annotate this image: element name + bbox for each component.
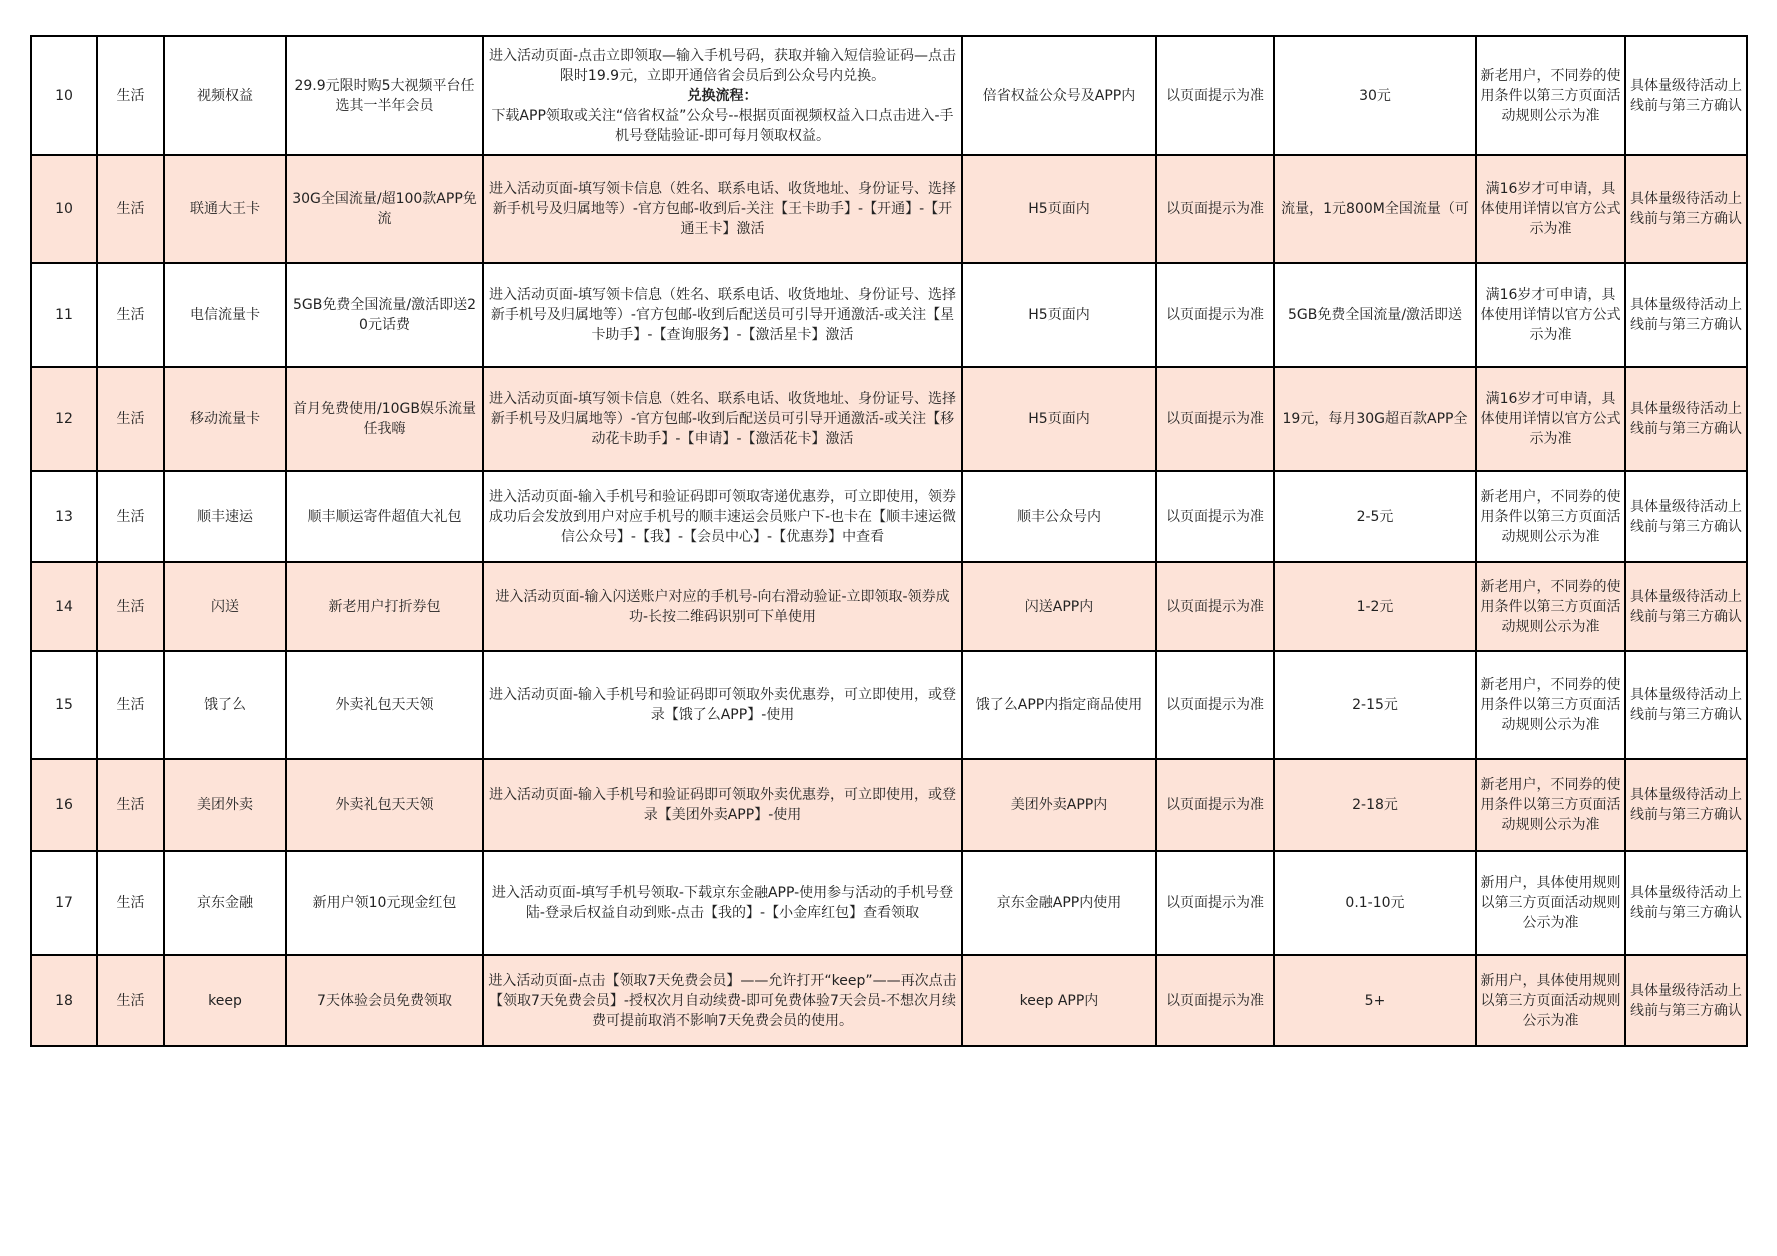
cell-row-number: 11 [31,263,97,367]
cell-value: 2-5元 [1274,471,1476,562]
cell-row-number: 16 [31,759,97,851]
cell-rule: 满16岁才可申请，具体使用详情以官方公式示为准 [1476,367,1625,471]
cell-brand: 联通大王卡 [164,155,286,263]
cell-value: 流量，1元800M全国流量（可 [1274,155,1476,263]
cell-usage-scope: 闪送APP内 [962,562,1156,651]
cell-usage-scope: 美团外卖APP内 [962,759,1156,851]
cell-volume: 具体量级待活动上线前与第三方确认 [1625,471,1747,562]
cell-process: 进入活动页面-输入手机号和验证码即可领取寄递优惠券，可立即使用，领券成功后会发放… [483,471,962,562]
cell-row-number: 17 [31,851,97,955]
cell-validity: 以页面提示为准 [1156,471,1274,562]
cell-validity: 以页面提示为准 [1156,263,1274,367]
table-row: 12生活移动流量卡首月免费使用/10GB娱乐流量任我嗨进入活动页面-填写领卡信息… [31,367,1747,471]
cell-benefit: 29.9元限时购5大视频平台任选其一半年会员 [286,36,483,155]
cell-validity: 以页面提示为准 [1156,36,1274,155]
cell-volume: 具体量级待活动上线前与第三方确认 [1625,955,1747,1046]
cell-rule: 新老用户，不同券的使用条件以第三方页面活动规则公示为准 [1476,36,1625,155]
cell-usage-scope: H5页面内 [962,263,1156,367]
table-row: 10生活视频权益29.9元限时购5大视频平台任选其一半年会员进入活动页面-点击立… [31,36,1747,155]
cell-benefit: 首月免费使用/10GB娱乐流量任我嗨 [286,367,483,471]
table-body: 10生活视频权益29.9元限时购5大视频平台任选其一半年会员进入活动页面-点击立… [31,36,1747,1046]
cell-volume: 具体量级待活动上线前与第三方确认 [1625,367,1747,471]
cell-brand: 饿了么 [164,651,286,759]
cell-row-number: 18 [31,955,97,1046]
cell-brand: 视频权益 [164,36,286,155]
cell-value: 19元，每月30G超百款APP全 [1274,367,1476,471]
cell-brand: 电信流量卡 [164,263,286,367]
table-row: 15生活饿了么外卖礼包天天领进入活动页面-输入手机号和验证码即可领取外卖优惠券，… [31,651,1747,759]
benefits-table: 10生活视频权益29.9元限时购5大视频平台任选其一半年会员进入活动页面-点击立… [30,35,1748,1047]
cell-process: 进入活动页面-填写领卡信息（姓名、联系电话、收货地址、身份证号、选择新手机号及归… [483,155,962,263]
cell-validity: 以页面提示为准 [1156,155,1274,263]
cell-usage-scope: H5页面内 [962,367,1156,471]
cell-brand: 闪送 [164,562,286,651]
cell-validity: 以页面提示为准 [1156,651,1274,759]
cell-row-number: 10 [31,36,97,155]
cell-usage-scope: 顺丰公众号内 [962,471,1156,562]
cell-category: 生活 [97,36,164,155]
cell-row-number: 14 [31,562,97,651]
cell-benefit: 30G全国流量/超100款APP免流 [286,155,483,263]
cell-value: 2-15元 [1274,651,1476,759]
cell-benefit: 7天体验会员免费领取 [286,955,483,1046]
cell-value: 0.1-10元 [1274,851,1476,955]
cell-usage-scope: 饿了么APP内指定商品使用 [962,651,1156,759]
cell-volume: 具体量级待活动上线前与第三方确认 [1625,651,1747,759]
table-row: 14生活闪送新老用户打折券包进入活动页面-输入闪送账户对应的手机号-向右滑动验证… [31,562,1747,651]
process-text: 进入活动页面-点击立即领取—输入手机号码，获取并输入短信验证码—点击限时19.9… [489,48,956,84]
cell-rule: 新用户，具体使用规则以第三方页面活动规则公示为准 [1476,955,1625,1046]
cell-process: 进入活动页面-填写领卡信息（姓名、联系电话、收货地址、身份证号、选择新手机号及归… [483,367,962,471]
cell-process: 进入活动页面-点击立即领取—输入手机号码，获取并输入短信验证码—点击限时19.9… [483,36,962,155]
table-row: 11生活电信流量卡5GB免费全国流量/激活即送20元话费进入活动页面-填写领卡信… [31,263,1747,367]
cell-process: 进入活动页面-填写手机号领取-下载京东金融APP-使用参与活动的手机号登陆-登录… [483,851,962,955]
cell-volume: 具体量级待活动上线前与第三方确认 [1625,36,1747,155]
cell-benefit: 外卖礼包天天领 [286,759,483,851]
cell-volume: 具体量级待活动上线前与第三方确认 [1625,759,1747,851]
cell-rule: 新老用户，不同券的使用条件以第三方页面活动规则公示为准 [1476,651,1625,759]
cell-rule: 新老用户，不同券的使用条件以第三方页面活动规则公示为准 [1476,759,1625,851]
cell-validity: 以页面提示为准 [1156,759,1274,851]
cell-process: 进入活动页面-输入手机号和验证码即可领取外卖优惠券，可立即使用，或登录【饿了么A… [483,651,962,759]
cell-category: 生活 [97,955,164,1046]
cell-brand: keep [164,955,286,1046]
cell-usage-scope: 倍省权益公众号及APP内 [962,36,1156,155]
cell-row-number: 15 [31,651,97,759]
cell-usage-scope: H5页面内 [962,155,1156,263]
cell-benefit: 新用户领10元现金红包 [286,851,483,955]
table-row: 10生活联通大王卡30G全国流量/超100款APP免流进入活动页面-填写领卡信息… [31,155,1747,263]
table-row: 13生活顺丰速运顺丰顺运寄件超值大礼包进入活动页面-输入手机号和验证码即可领取寄… [31,471,1747,562]
cell-category: 生活 [97,851,164,955]
cell-volume: 具体量级待活动上线前与第三方确认 [1625,155,1747,263]
cell-volume: 具体量级待活动上线前与第三方确认 [1625,562,1747,651]
cell-validity: 以页面提示为准 [1156,851,1274,955]
cell-rule: 新用户，具体使用规则以第三方页面活动规则公示为准 [1476,851,1625,955]
cell-value: 30元 [1274,36,1476,155]
cell-value: 2-18元 [1274,759,1476,851]
cell-process: 进入活动页面-点击【领取7天免费会员】——允许打开“keep”——再次点击【领取… [483,955,962,1046]
process-heading: 兑换流程： [487,86,958,106]
cell-category: 生活 [97,562,164,651]
cell-value: 5GB免费全国流量/激活即送 [1274,263,1476,367]
cell-brand: 移动流量卡 [164,367,286,471]
cell-value: 5+ [1274,955,1476,1046]
table-row: 16生活美团外卖外卖礼包天天领进入活动页面-输入手机号和验证码即可领取外卖优惠券… [31,759,1747,851]
cell-rule: 新老用户，不同券的使用条件以第三方页面活动规则公示为准 [1476,562,1625,651]
cell-category: 生活 [97,651,164,759]
cell-brand: 顺丰速运 [164,471,286,562]
cell-value: 1-2元 [1274,562,1476,651]
cell-rule: 新老用户，不同券的使用条件以第三方页面活动规则公示为准 [1476,471,1625,562]
cell-rule: 满16岁才可申请，具体使用详情以官方公式示为准 [1476,155,1625,263]
cell-category: 生活 [97,367,164,471]
cell-benefit: 5GB免费全国流量/激活即送20元话费 [286,263,483,367]
process-extra: 下载APP领取或关注“倍省权益”公众号--根据页面视频权益入口点击进入-手机号登… [491,108,953,144]
table-row: 18生活keep7天体验会员免费领取进入活动页面-点击【领取7天免费会员】——允… [31,955,1747,1046]
cell-volume: 具体量级待活动上线前与第三方确认 [1625,263,1747,367]
cell-category: 生活 [97,263,164,367]
cell-volume: 具体量级待活动上线前与第三方确认 [1625,851,1747,955]
cell-validity: 以页面提示为准 [1156,562,1274,651]
cell-row-number: 12 [31,367,97,471]
cell-row-number: 13 [31,471,97,562]
cell-validity: 以页面提示为准 [1156,955,1274,1046]
cell-brand: 美团外卖 [164,759,286,851]
cell-process: 进入活动页面-填写领卡信息（姓名、联系电话、收货地址、身份证号、选择新手机号及归… [483,263,962,367]
cell-usage-scope: 京东金融APP内使用 [962,851,1156,955]
cell-category: 生活 [97,759,164,851]
cell-benefit: 新老用户打折券包 [286,562,483,651]
cell-row-number: 10 [31,155,97,263]
cell-benefit: 顺丰顺运寄件超值大礼包 [286,471,483,562]
cell-process: 进入活动页面-输入手机号和验证码即可领取外卖优惠券，可立即使用，或登录【美团外卖… [483,759,962,851]
cell-brand: 京东金融 [164,851,286,955]
cell-rule: 满16岁才可申请，具体使用详情以官方公式示为准 [1476,263,1625,367]
cell-validity: 以页面提示为准 [1156,367,1274,471]
cell-process: 进入活动页面-输入闪送账户对应的手机号-向右滑动验证-立即领取-领券成功-长按二… [483,562,962,651]
cell-usage-scope: keep APP内 [962,955,1156,1046]
cell-benefit: 外卖礼包天天领 [286,651,483,759]
table-row: 17生活京东金融新用户领10元现金红包进入活动页面-填写手机号领取-下载京东金融… [31,851,1747,955]
cell-category: 生活 [97,155,164,263]
cell-category: 生活 [97,471,164,562]
